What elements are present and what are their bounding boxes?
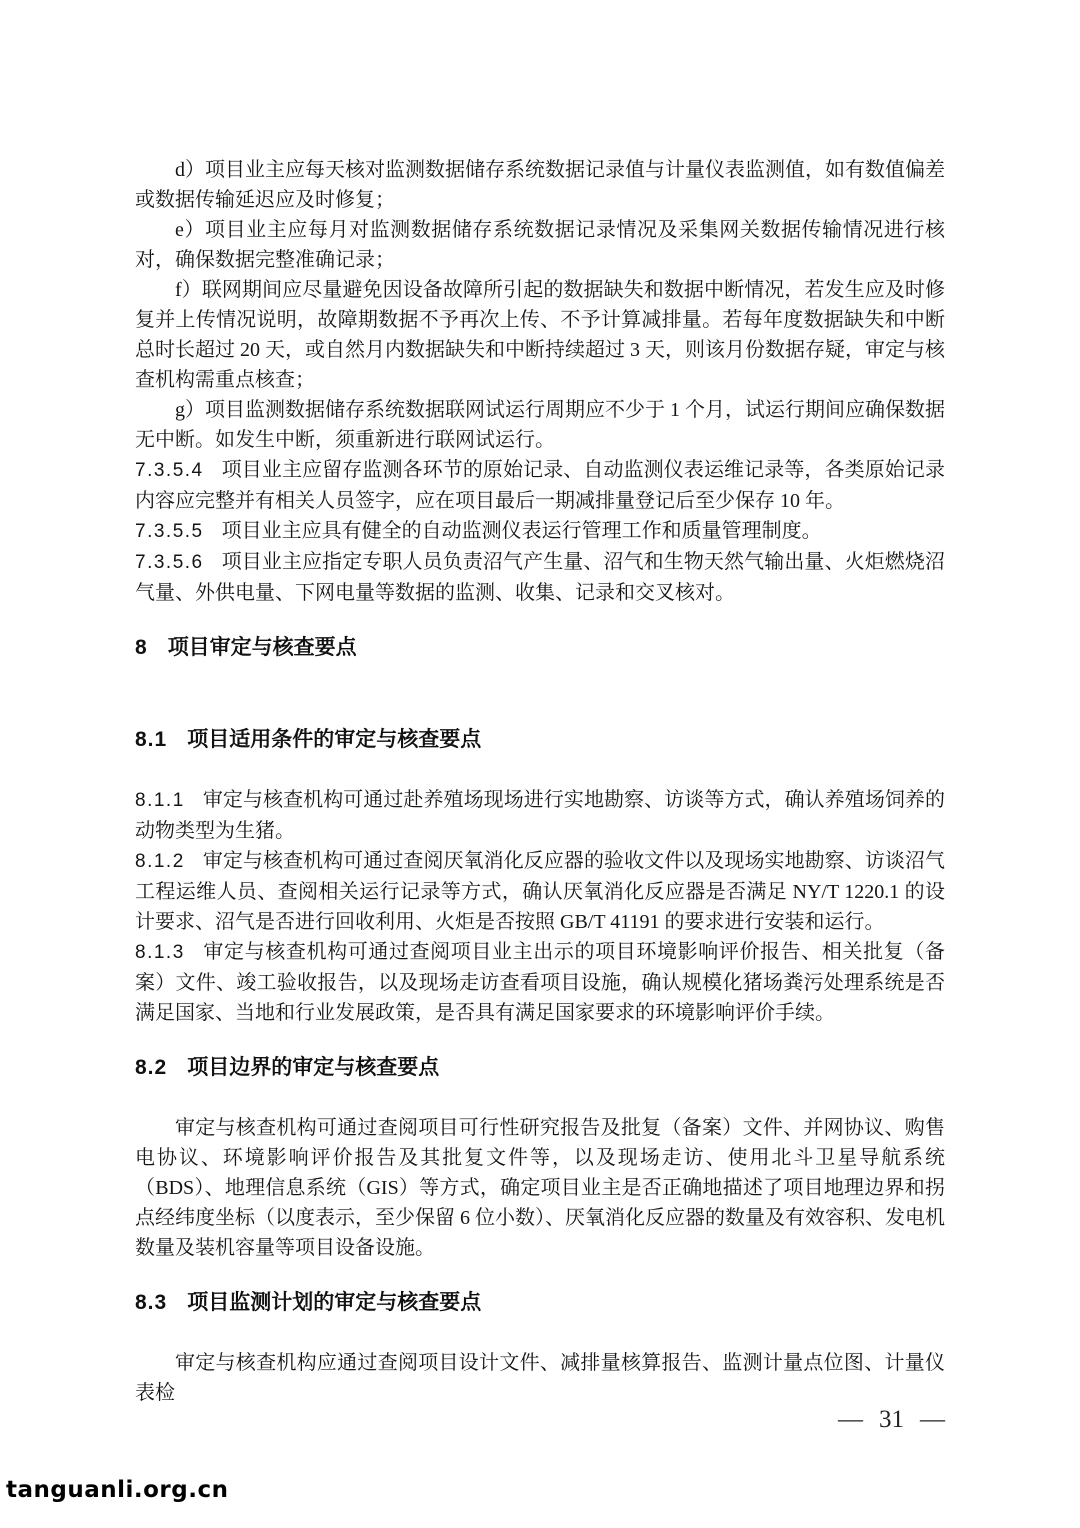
clause-number: 8.1.1 (135, 790, 185, 811)
paragraph: 审定与核查机构应通过查阅项目设计文件、减排量核算报告、监测计量点位图、计量仪表检 (135, 1348, 945, 1408)
clause-text: 审定与核查机构可通过查阅厌氧消化反应器的验收文件以及现场实地勘察、访谈沼气工程运… (135, 850, 945, 933)
document-page: d）项目业主应每天核对监测数据储存系统数据记录值与计量仪表监测值，如有数值偏差或… (0, 0, 1080, 1528)
clause-text: 项目业主应指定专职人员负责沼气产生量、沼气和生物天然气输出量、火炬燃烧沼气量、外… (135, 551, 945, 604)
clause-7.3.5.6: 7.3.5.6项目业主应指定专职人员负责沼气产生量、沼气和生物天然气输出量、火炬… (135, 547, 945, 608)
list-item: g）项目监测数据储存系统数据联网试运行周期应不少于 1 个月，试运行期间应确保数… (135, 395, 945, 455)
footer-dash-right: — (920, 1405, 945, 1435)
section-number: 8.3 (135, 1291, 167, 1314)
section-number: 8 (135, 636, 148, 659)
clause-text: 项目业主应具有健全的自动监测仪表运行管理工作和质量管理制度。 (222, 520, 822, 542)
section-title: 项目边界的审定与核查要点 (187, 1056, 439, 1079)
section-number: 8.1 (135, 728, 167, 751)
list-item: e）项目业主应每月对监测数据储存系统数据记录情况及采集网关数据传输情况进行核对，… (135, 215, 945, 275)
clause-number: 7.3.5.6 (135, 552, 204, 573)
section-heading-8: 8项目审定与核查要点 (135, 633, 945, 663)
section-number: 8.2 (135, 1056, 167, 1079)
clause-7.3.5.5: 7.3.5.5项目业主应具有健全的自动监测仪表运行管理工作和质量管理制度。 (135, 516, 945, 547)
site-watermark: tanguanli.org.cn (6, 1477, 228, 1503)
clause-number: 8.1.2 (135, 851, 185, 872)
page-number: 31 (879, 1405, 904, 1435)
clause-number: 7.3.5.5 (135, 521, 204, 542)
clause-text: 审定与核查机构可通过赴养殖场现场进行实地勘察、访谈等方式，确认养殖场饲养的动物类… (135, 789, 945, 842)
clause-text: 审定与核查机构可通过查阅项目业主出示的项目环境影响评价报告、相关批复（备案）文件… (135, 941, 945, 1024)
clause-number: 8.1.3 (135, 942, 185, 963)
paragraph: 审定与核查机构可通过查阅项目可行性研究报告及批复（备案）文件、并网协议、购售电协… (135, 1113, 945, 1263)
clause-8.1.1: 8.1.1审定与核查机构可通过赴养殖场现场进行实地勘察、访谈等方式，确认养殖场饲… (135, 785, 945, 846)
section-title: 项目监测计划的审定与核查要点 (187, 1291, 481, 1314)
clause-7.3.5.4: 7.3.5.4项目业主应留存监测各环节的原始记录、自动监测仪表运维记录等，各类原… (135, 455, 945, 516)
document-body: d）项目业主应每天核对监测数据储存系统数据记录值与计量仪表监测值，如有数值偏差或… (135, 155, 945, 1408)
list-item: f）联网期间应尽量避免因设备故障所引起的数据缺失和数据中断情况，若发生应及时修复… (135, 275, 945, 395)
clause-8.1.2: 8.1.2审定与核查机构可通过查阅厌氧消化反应器的验收文件以及现场实地勘察、访谈… (135, 846, 945, 937)
clause-number: 7.3.5.4 (135, 460, 204, 481)
footer-dash-left: — (838, 1405, 863, 1435)
section-heading-8.3: 8.3项目监测计划的审定与核查要点 (135, 1288, 945, 1318)
list-item: d）项目业主应每天核对监测数据储存系统数据记录值与计量仪表监测值，如有数值偏差或… (135, 155, 945, 215)
section-title: 项目适用条件的审定与核查要点 (187, 728, 481, 751)
section-heading-8.2: 8.2项目边界的审定与核查要点 (135, 1053, 945, 1083)
section-title: 项目审定与核查要点 (168, 636, 357, 659)
section-heading-8.1: 8.1项目适用条件的审定与核查要点 (135, 725, 945, 755)
clause-8.1.3: 8.1.3审定与核查机构可通过查阅项目业主出示的项目环境影响评价报告、相关批复（… (135, 937, 945, 1028)
page-footer: — 31 — (838, 1405, 945, 1435)
clause-text: 项目业主应留存监测各环节的原始记录、自动监测仪表运维记录等，各类原始记录内容应完… (135, 459, 945, 512)
